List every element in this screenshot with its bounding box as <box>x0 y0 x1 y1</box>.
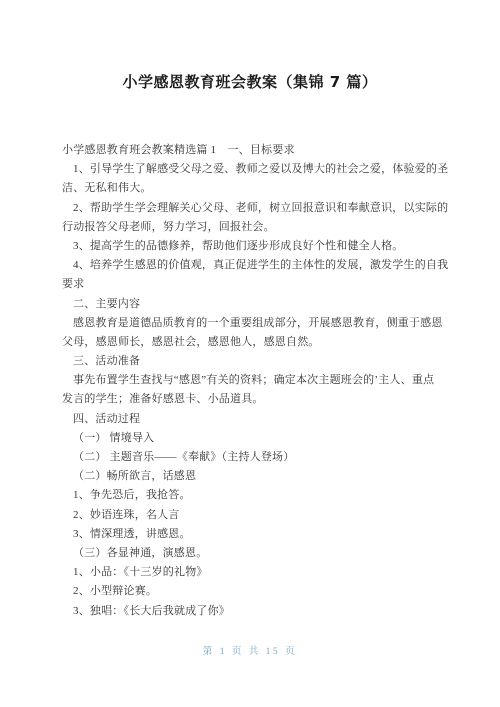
document-line: （三）各显神通，演感恩。 <box>62 544 440 563</box>
document-line: 1、争先恐后，我抢答。 <box>62 486 440 505</box>
document-line: 父母，感恩师长，感恩社会，感恩他人，感恩自然。 <box>62 333 440 352</box>
page-number-footer: 第 1 页 共 15 页 <box>0 643 500 657</box>
document-line: 3、独唱：《长大后我就成了你》 <box>62 602 440 621</box>
document-line: 要求 <box>62 275 440 294</box>
document-line: 小学感恩教育班会教案精选篇 1 一、目标要求 <box>62 141 440 160</box>
document-line: 3、情深理透，讲感恩。 <box>62 525 440 544</box>
document-line: 三、活动准备 <box>62 352 440 371</box>
document-line: 2、小型辩论赛。 <box>62 582 440 601</box>
document-line: 2、帮助学生学会理解关心父母、老师，树立回报意识和奉献意识，以实际的 <box>62 199 440 218</box>
document-page: 小学感恩教育班会教案（集锦 7 篇） 小学感恩教育班会教案精选篇 1 一、目标要… <box>0 0 500 707</box>
document-title: 小学感恩教育班会教案（集锦 7 篇） <box>0 71 500 92</box>
document-line: 行动报答父母老师，努力学习，回报社会。 <box>62 218 440 237</box>
document-line: 1、引导学生了解感受父母之爱、教师之爱以及博大的社会之爱，体验爱的圣 <box>62 160 440 179</box>
document-line: 四、活动过程 <box>62 410 440 429</box>
document-line: （二）畅所欲言，话感恩 <box>62 467 440 486</box>
document-line: 1、小品：《十三岁的礼物》 <box>62 563 440 582</box>
document-line: 事先布置学生查找与“感恩”有关的资料；确定本次主题班会的’主人、重点 <box>62 371 440 390</box>
document-line: 二、主要内容 <box>62 295 440 314</box>
document-line: 3、提高学生的品德修养，帮助他们逐步形成良好个性和健全人格。 <box>62 237 440 256</box>
document-line: 发言的学生；准备好感恩卡、小品道具。 <box>62 390 440 409</box>
document-line: （一） 情境导入 <box>62 429 440 448</box>
document-line: （二） 主题音乐——《奉献》（主持人登场） <box>62 448 440 467</box>
document-body: 小学感恩教育班会教案精选篇 1 一、目标要求1、引导学生了解感受父母之爱、教师之… <box>62 141 440 621</box>
document-line: 感恩教育是道德品质教育的一个重要组成部分，开展感恩教育，侧重于感恩 <box>62 314 440 333</box>
document-line: 洁、无私和伟大。 <box>62 179 440 198</box>
document-line: 4、培养学生感恩的价值观，真正促进学生的主体性的发展，激发学生的自我 <box>62 256 440 275</box>
document-line: 2、妙语连珠，名人言 <box>62 506 440 525</box>
